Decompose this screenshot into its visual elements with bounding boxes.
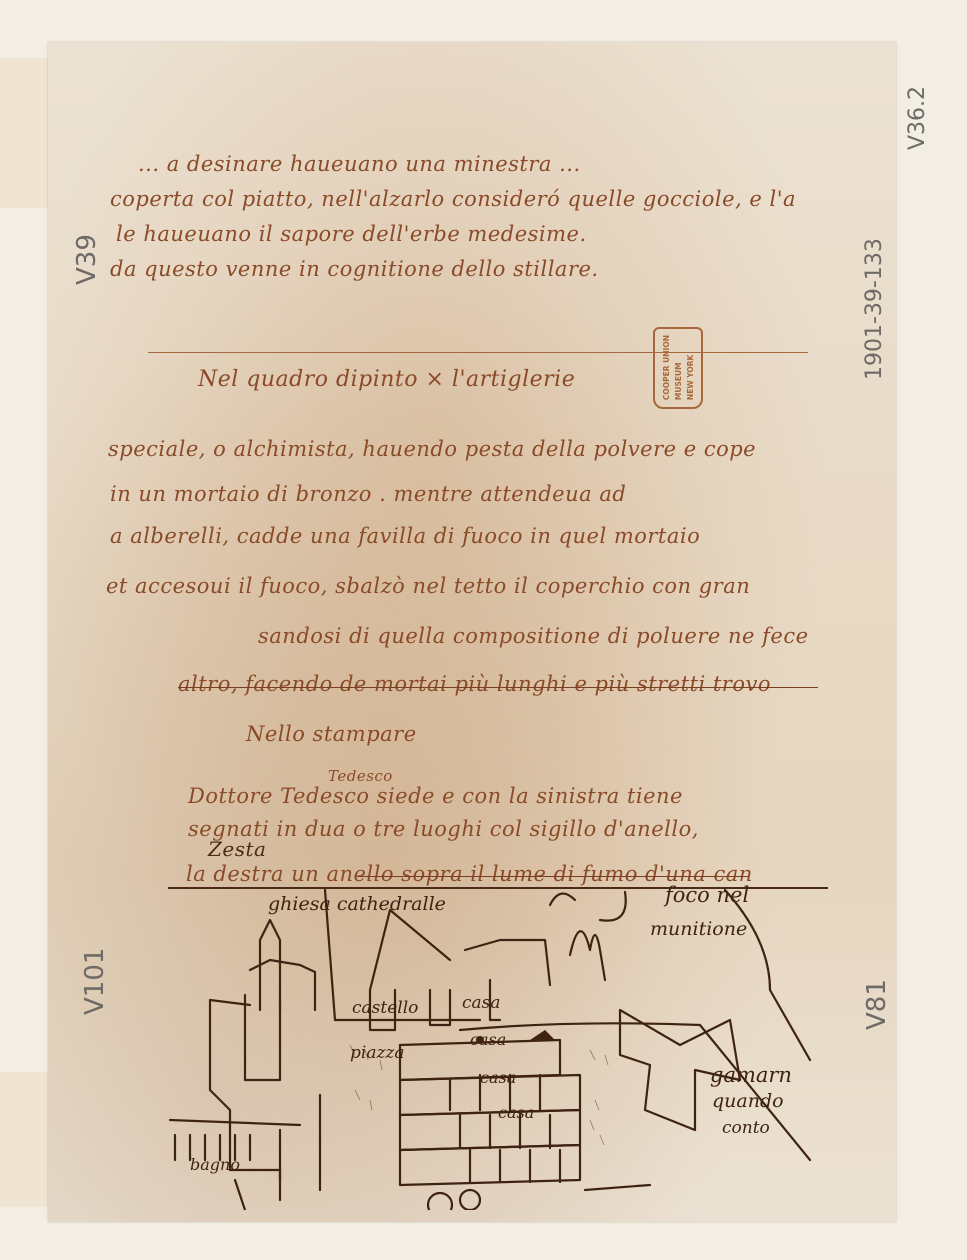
text-line: ... a desinare haueuano una minestra ... [138,152,581,176]
strike-through-line [178,687,818,688]
pencil-note-left-top: V39 [72,234,102,285]
text-line: sandosi di quella compositione di poluer… [258,624,809,648]
pencil-note-right-bottom: V81 [862,979,892,1030]
text-line: da questo venne in cognitione dello stil… [110,257,599,281]
text-line: Dottore Tedesco siede e con la sinistra … [188,784,683,808]
sketch-label-bagno: bagno [190,1155,240,1174]
sketch-label-house: casa [480,1068,516,1087]
stamp-line: MUSEUM [673,335,684,400]
sketch-label-castle: castello [352,998,418,1018]
museum-stamp: COOPER UNION MUSEUM NEW YORK [653,327,703,409]
section-heading: Nel quadro dipinto × l'artiglerie [198,367,575,392]
mount-board-top [0,0,967,42]
sketch-label-munition: munitione [650,918,747,940]
sketch-label-fire: foco nel [665,883,749,907]
text-line: coperta col piatto, nell'alzarlo conside… [110,187,796,211]
sketch-label-house: casa [498,1103,534,1122]
text-line: altro, facendo de mortai più lunghi e pi… [178,672,771,696]
pencil-note-right-top: V36.2 [905,86,930,150]
margin-note: Zesta [208,837,266,861]
section-heading: Nello stampare [246,722,417,746]
sketch-label-conto: conto [722,1118,770,1138]
sketch-label-house: casa [470,1030,506,1049]
sketch-label-cathedral: ghiesa cathedralle [268,893,446,915]
text-line: in un mortaio di bronzo . mentre attende… [110,482,626,506]
stamp-line: COOPER UNION [661,335,672,400]
text-line: le haueuano il sapore dell'erbe medesime… [116,222,587,246]
sketch-label-piazza: piazza [350,1043,405,1063]
text-insertion: Tedesco [328,767,393,785]
pencil-note-left-bottom: V101 [80,948,110,1015]
stamp-line: NEW YORK [685,335,696,400]
accession-number: 1901-39-133 [862,238,887,380]
strike-through-line [358,876,748,877]
sketch-label-gamare: gamarn [710,1063,792,1087]
ruled-divider [148,352,808,353]
text-line: speciale, o alchimista, hauendo pesta de… [108,437,756,461]
text-line: et accesoui il fuoco, sbalzò nel tetto i… [106,574,750,598]
text-line: a alberelli, cadde una favilla di fuoco … [110,524,700,548]
sketch-label-house: casa [462,993,501,1013]
sketch-label-quando: quando [712,1090,784,1112]
